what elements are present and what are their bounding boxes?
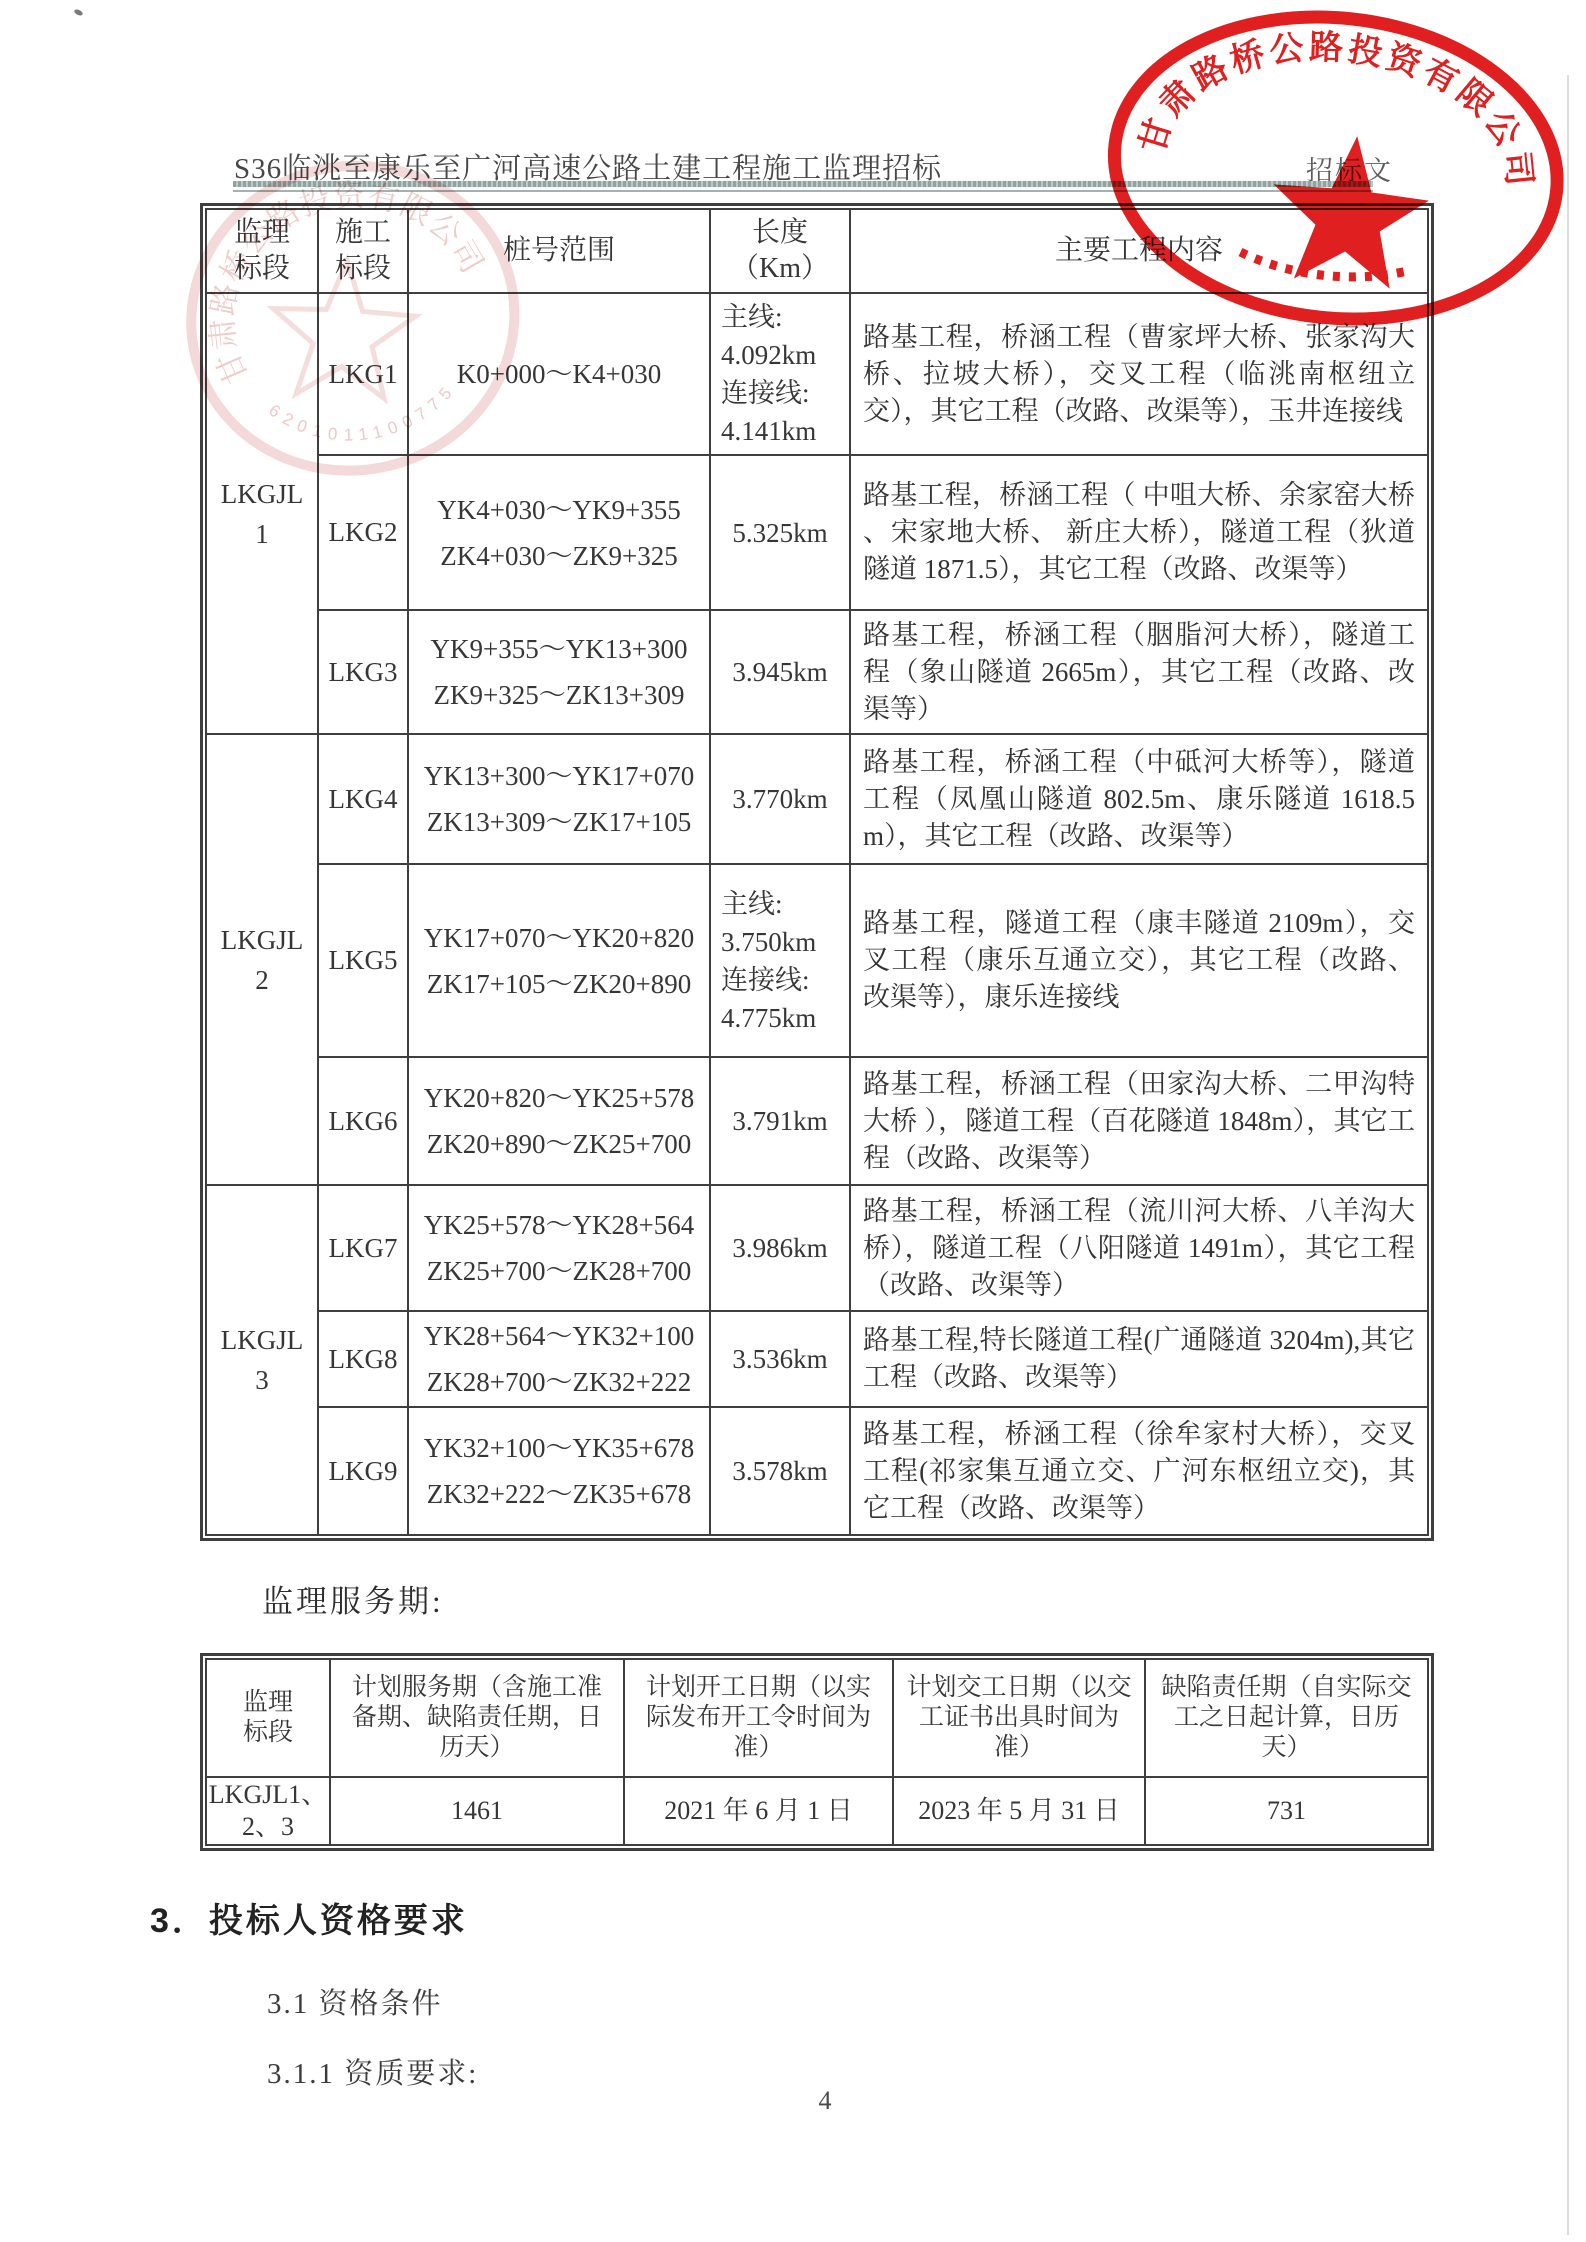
length-line: 4.775km <box>721 999 848 1037</box>
main-works-cell: 路基工程，隧道工程（康丰隧道 2109m），交叉工程（康乐互通立交），其它工程（… <box>850 864 1428 1057</box>
svc-col-defect-liability-period: 缺陷责任期（自实际交工之日起计算，日历天） <box>1145 1659 1428 1777</box>
section-3-1-1-heading: 3.1.1 资质要求: <box>267 2051 478 2092</box>
table-row: LKG3 YK9+355～YK13+300 ZK9+325～ZK13+309 3… <box>206 610 1428 734</box>
svc-service-period-value: 1461 <box>330 1777 624 1845</box>
length-line: 4.141km <box>721 412 848 450</box>
stake-line: YK4+030～YK9+355 <box>410 487 708 533</box>
section-3-1-heading: 3.1 资格条件 <box>267 1981 443 2022</box>
main-works-cell: 路基工程，桥涵工程（曹家坪大桥、张家沟大桥、拉坡大桥），交叉工程（临洮南枢纽立交… <box>850 293 1428 455</box>
svc-col-planned-start-date: 计划开工日期（以实际发布开工令时间为准） <box>624 1659 893 1777</box>
length-line: 3.578km <box>712 1452 848 1490</box>
stake-line: ZK9+325～ZK13+309 <box>410 672 708 718</box>
stake-range-cell: YK13+300～YK17+070 ZK13+309～ZK17+105 <box>408 734 710 864</box>
header-divider-thin-band <box>233 190 1373 192</box>
main-works-cell: 路基工程，桥涵工程（胭脂河大桥），隧道工程（象山隧道 2665m），其它工程（改… <box>850 610 1428 734</box>
length-cell: 3.986km <box>710 1185 850 1311</box>
service-table-header-row: 监理 标段 计划服务期（含施工准备期、缺陷责任期，日历天） 计划开工日期（以实际… <box>206 1659 1428 1777</box>
main-works-cell: 路基工程，桥涵工程（流川河大桥、八羊沟大桥），隧道工程（八阳隧道 1491m），… <box>850 1185 1428 1311</box>
header-divider <box>233 181 1373 192</box>
length-line: 连接线: <box>721 961 848 999</box>
length-line: 3.770km <box>712 780 848 818</box>
length-cell: 主线: 3.750km 连接线: 4.775km <box>710 864 850 1057</box>
col-header-supervision-section: 监理 标段 <box>206 209 318 293</box>
table-row: LKG8 YK28+564～YK32+100 ZK28+700～ZK32+222… <box>206 1311 1428 1407</box>
header-divider-thick-band <box>233 181 1373 187</box>
length-cell: 5.325km <box>710 455 850 610</box>
svc-start-date-value: 2021 年 6 月 1 日 <box>624 1777 893 1845</box>
page-number: 4 <box>770 2086 880 2116</box>
table-row: LKGJL 3 LKG7 YK25+578～YK28+564 ZK25+700～… <box>206 1185 1428 1311</box>
lot-cell: LKG9 <box>318 1407 408 1535</box>
stake-line: ZK32+222～ZK35+678 <box>410 1471 708 1517</box>
length-line: 4.092km <box>721 336 848 374</box>
stake-range-cell: YK4+030～YK9+355 ZK4+030～ZK9+325 <box>408 455 710 610</box>
table-header-row: 监理 标段 施工 标段 桩号范围 长度（Km） 主要工程内容 <box>206 209 1428 293</box>
length-cell: 3.770km <box>710 734 850 864</box>
length-line: 3.791km <box>712 1102 848 1140</box>
length-cell: 3.945km <box>710 610 850 734</box>
length-line: 主线: <box>721 885 848 923</box>
lot-cell: LKG8 <box>318 1311 408 1407</box>
stake-line: YK28+564～YK32+100 <box>410 1313 708 1359</box>
stake-line: ZK4+030～ZK9+325 <box>410 533 708 579</box>
lot-cell: LKG3 <box>318 610 408 734</box>
table-row: LKG5 YK17+070～YK20+820 ZK17+105～ZK20+890… <box>206 864 1428 1057</box>
length-cell: 3.536km <box>710 1311 850 1407</box>
stake-range-cell: YK17+070～YK20+820 ZK17+105～ZK20+890 <box>408 864 710 1057</box>
length-line: 连接线: <box>721 374 848 412</box>
stake-line: ZK20+890～ZK25+700 <box>410 1121 708 1167</box>
stake-range-cell: YK9+355～YK13+300 ZK9+325～ZK13+309 <box>408 610 710 734</box>
service-table-data-row: LKGJL1、2、3 1461 2021 年 6 月 1 日 2023 年 5 … <box>206 1777 1428 1845</box>
length-line: 3.750km <box>721 923 848 961</box>
length-line: 3.986km <box>712 1229 848 1267</box>
stake-line: YK13+300～YK17+070 <box>410 753 708 799</box>
stake-range-cell: YK32+100～YK35+678 ZK32+222～ZK35+678 <box>408 1407 710 1535</box>
table-row: LKG9 YK32+100～YK35+678 ZK32+222～ZK35+678… <box>206 1407 1428 1535</box>
service-table: 监理 标段 计划服务期（含施工准备期、缺陷责任期，日历天） 计划开工日期（以实际… <box>205 1658 1429 1846</box>
length-line: 3.536km <box>712 1340 848 1378</box>
stake-range-cell: YK28+564～YK32+100 ZK28+700～ZK32+222 <box>408 1311 710 1407</box>
main-works-cell: 路基工程，桥涵工程（ 中咀大桥、余家窑大桥 、宋家地大桥、 新庄大桥），隧道工程… <box>850 455 1428 610</box>
stake-range-cell: YK20+820～YK25+578 ZK20+890～ZK25+700 <box>408 1057 710 1185</box>
col-header-main-works: 主要工程内容 <box>850 209 1428 293</box>
length-line: 主线: <box>721 298 848 336</box>
length-cell: 3.578km <box>710 1407 850 1535</box>
stake-line: ZK13+309～ZK17+105 <box>410 799 708 845</box>
document-page: S36临洮至康乐至广河高速公路土建工程施工监理招标 招标文 监理 标段 施工 标… <box>0 0 1586 2242</box>
stake-line: ZK25+700～ZK28+700 <box>410 1248 708 1294</box>
stake-line: ZK28+700～ZK32+222 <box>410 1359 708 1405</box>
col-header-stake-range: 桩号范围 <box>408 209 710 293</box>
main-works-cell: 路基工程，桥涵工程（田家沟大桥、二甲沟特大桥 ），隧道工程（百花隧道 1848m… <box>850 1057 1428 1185</box>
svc-col-planned-service-period: 计划服务期（含施工准备期、缺陷责任期，日历天） <box>330 1659 624 1777</box>
stake-line: YK25+578～YK28+564 <box>410 1202 708 1248</box>
svc-col-supervision-section: 监理 标段 <box>206 1659 330 1777</box>
stake-line: K0+000～K4+030 <box>410 351 708 397</box>
lot-cell: LKG1 <box>318 293 408 455</box>
stake-line: YK32+100～YK35+678 <box>410 1425 708 1471</box>
supervision-section-lkgjl1: LKGJL 1 <box>206 293 318 734</box>
sections-table-frame: 监理 标段 施工 标段 桩号范围 长度（Km） 主要工程内容 LKGJL 1 L… <box>200 203 1434 1541</box>
scan-edge-line <box>1567 75 1569 2235</box>
lot-cell: LKG2 <box>318 455 408 610</box>
main-works-cell: 路基工程,特长隧道工程(广通隧道 3204m),其它工程（改路、改渠等） <box>850 1311 1428 1407</box>
service-table-frame: 监理 标段 计划服务期（含施工准备期、缺陷责任期，日历天） 计划开工日期（以实际… <box>200 1653 1434 1851</box>
service-period-heading: 监理服务期: <box>262 1576 444 1621</box>
supervision-section-lkgjl2: LKGJL 2 <box>206 734 318 1185</box>
lot-cell: LKG5 <box>318 864 408 1057</box>
stake-range-cell: YK25+578～YK28+564 ZK25+700～ZK28+700 <box>408 1185 710 1311</box>
col-header-construction-section: 施工 标段 <box>318 209 408 293</box>
table-row: LKGJL 1 LKG1 K0+000～K4+030 主线: 4.092km 连… <box>206 293 1428 455</box>
svc-supervision-sections-value: LKGJL1、2、3 <box>206 1777 330 1845</box>
stake-line: YK20+820～YK25+578 <box>410 1075 708 1121</box>
length-line: 3.945km <box>712 653 848 691</box>
length-cell: 主线: 4.092km 连接线: 4.141km <box>710 293 850 455</box>
sections-table: 监理 标段 施工 标段 桩号范围 长度（Km） 主要工程内容 LKGJL 1 L… <box>205 208 1429 1536</box>
stake-line: ZK17+105～ZK20+890 <box>410 961 708 1007</box>
scan-dot-artifact <box>73 8 83 16</box>
lot-cell: LKG4 <box>318 734 408 864</box>
lot-cell: LKG7 <box>318 1185 408 1311</box>
main-works-cell: 路基工程，桥涵工程（徐牟家村大桥），交叉工程(祁家集互通立交、广河东枢纽立交)，… <box>850 1407 1428 1535</box>
svc-col-planned-completion-date: 计划交工日期（以交工证书出具时间为准） <box>893 1659 1145 1777</box>
stake-line: YK17+070～YK20+820 <box>410 915 708 961</box>
length-cell: 3.791km <box>710 1057 850 1185</box>
lot-cell: LKG6 <box>318 1057 408 1185</box>
length-line: 5.325km <box>712 514 848 552</box>
main-works-cell: 路基工程，桥涵工程（中砥河大桥等），隧道工程（凤凰山隧道 802.5m、康乐隧道… <box>850 734 1428 864</box>
table-row: LKGJL 2 LKG4 YK13+300～YK17+070 ZK13+309～… <box>206 734 1428 864</box>
supervision-section-lkgjl3: LKGJL 3 <box>206 1185 318 1535</box>
stake-range-cell: K0+000～K4+030 <box>408 293 710 455</box>
table-row: LKG6 YK20+820～YK25+578 ZK20+890～ZK25+700… <box>206 1057 1428 1185</box>
stake-line: YK9+355～YK13+300 <box>410 626 708 672</box>
col-header-length: 长度（Km） <box>710 209 850 293</box>
section-3-heading: 3．投标人资格要求 <box>150 1893 468 1942</box>
svc-completion-date-value: 2023 年 5 月 31 日 <box>893 1777 1145 1845</box>
svc-defect-period-value: 731 <box>1145 1777 1428 1845</box>
table-row: LKG2 YK4+030～YK9+355 ZK4+030～ZK9+325 5.3… <box>206 455 1428 610</box>
